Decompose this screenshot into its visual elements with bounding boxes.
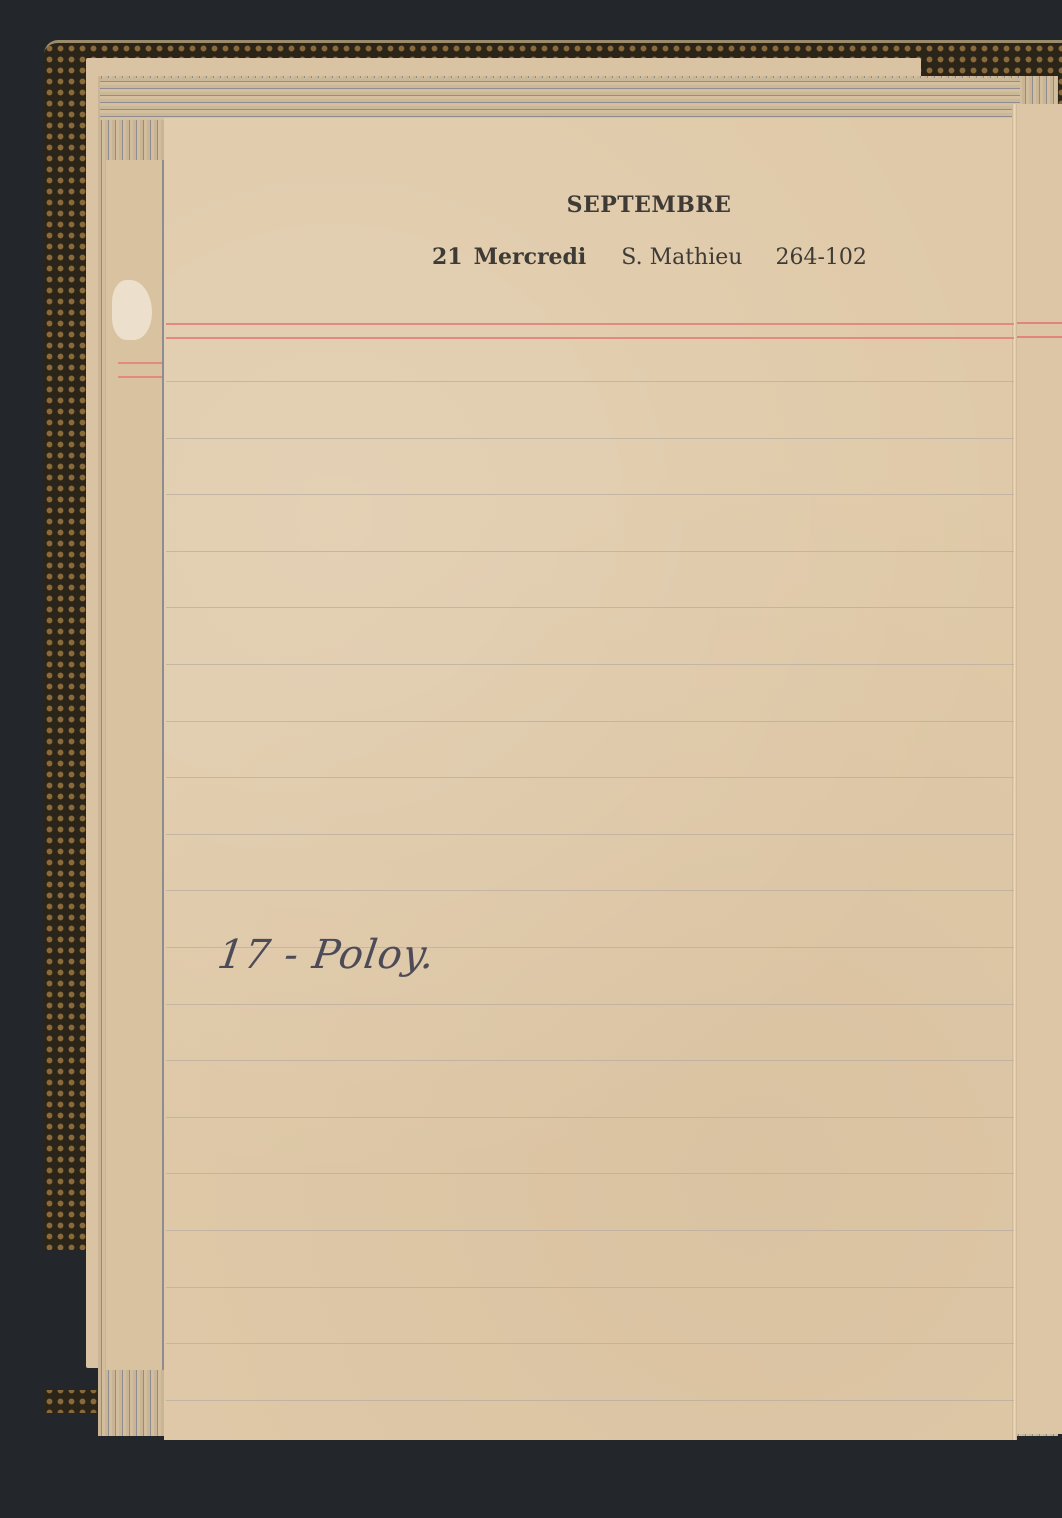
tab-red-rule [118, 362, 162, 364]
right-facing-page [1016, 104, 1062, 1434]
ruled-line [166, 1343, 1014, 1344]
ruled-line [166, 1400, 1014, 1401]
page-index-tab [106, 160, 164, 1370]
right-page-red-rule [1016, 336, 1062, 338]
ruled-line [166, 664, 1014, 665]
page-stack-top-edges [100, 78, 1020, 120]
ruled-line [166, 494, 1014, 495]
ruled-line [166, 551, 1014, 552]
ruled-line [166, 1004, 1014, 1005]
diary-page [164, 118, 1016, 1440]
ruled-line [166, 1230, 1014, 1231]
header-red-rule-bottom [166, 337, 1014, 339]
day-number: 21 [432, 244, 463, 270]
saint-of-day: S. Mathieu [621, 245, 742, 270]
ruled-line [166, 1287, 1014, 1288]
ruled-line [166, 438, 1014, 439]
right-page-red-rule [1016, 322, 1062, 324]
ruled-line [166, 834, 1014, 835]
ruled-line [166, 777, 1014, 778]
ruled-line [166, 1060, 1014, 1061]
day-of-year-count: 264-102 [775, 245, 866, 270]
ruled-line [166, 1173, 1014, 1174]
ruled-line [166, 607, 1014, 608]
ruled-line [166, 890, 1014, 891]
book-gutter [1012, 104, 1017, 1440]
ruled-line [166, 1117, 1014, 1118]
tab-red-rule [118, 376, 162, 378]
ruled-line [166, 721, 1014, 722]
weekday: Mercredi [474, 244, 587, 270]
ruled-line [166, 381, 1014, 382]
date-line: 21 Mercredi S. Mathieu 264-102 [432, 244, 867, 270]
month-heading: SEPTEMBRE [164, 192, 1062, 218]
handwritten-note: 17 - Poloy. [215, 932, 439, 978]
header-red-rule-top [166, 323, 1014, 325]
